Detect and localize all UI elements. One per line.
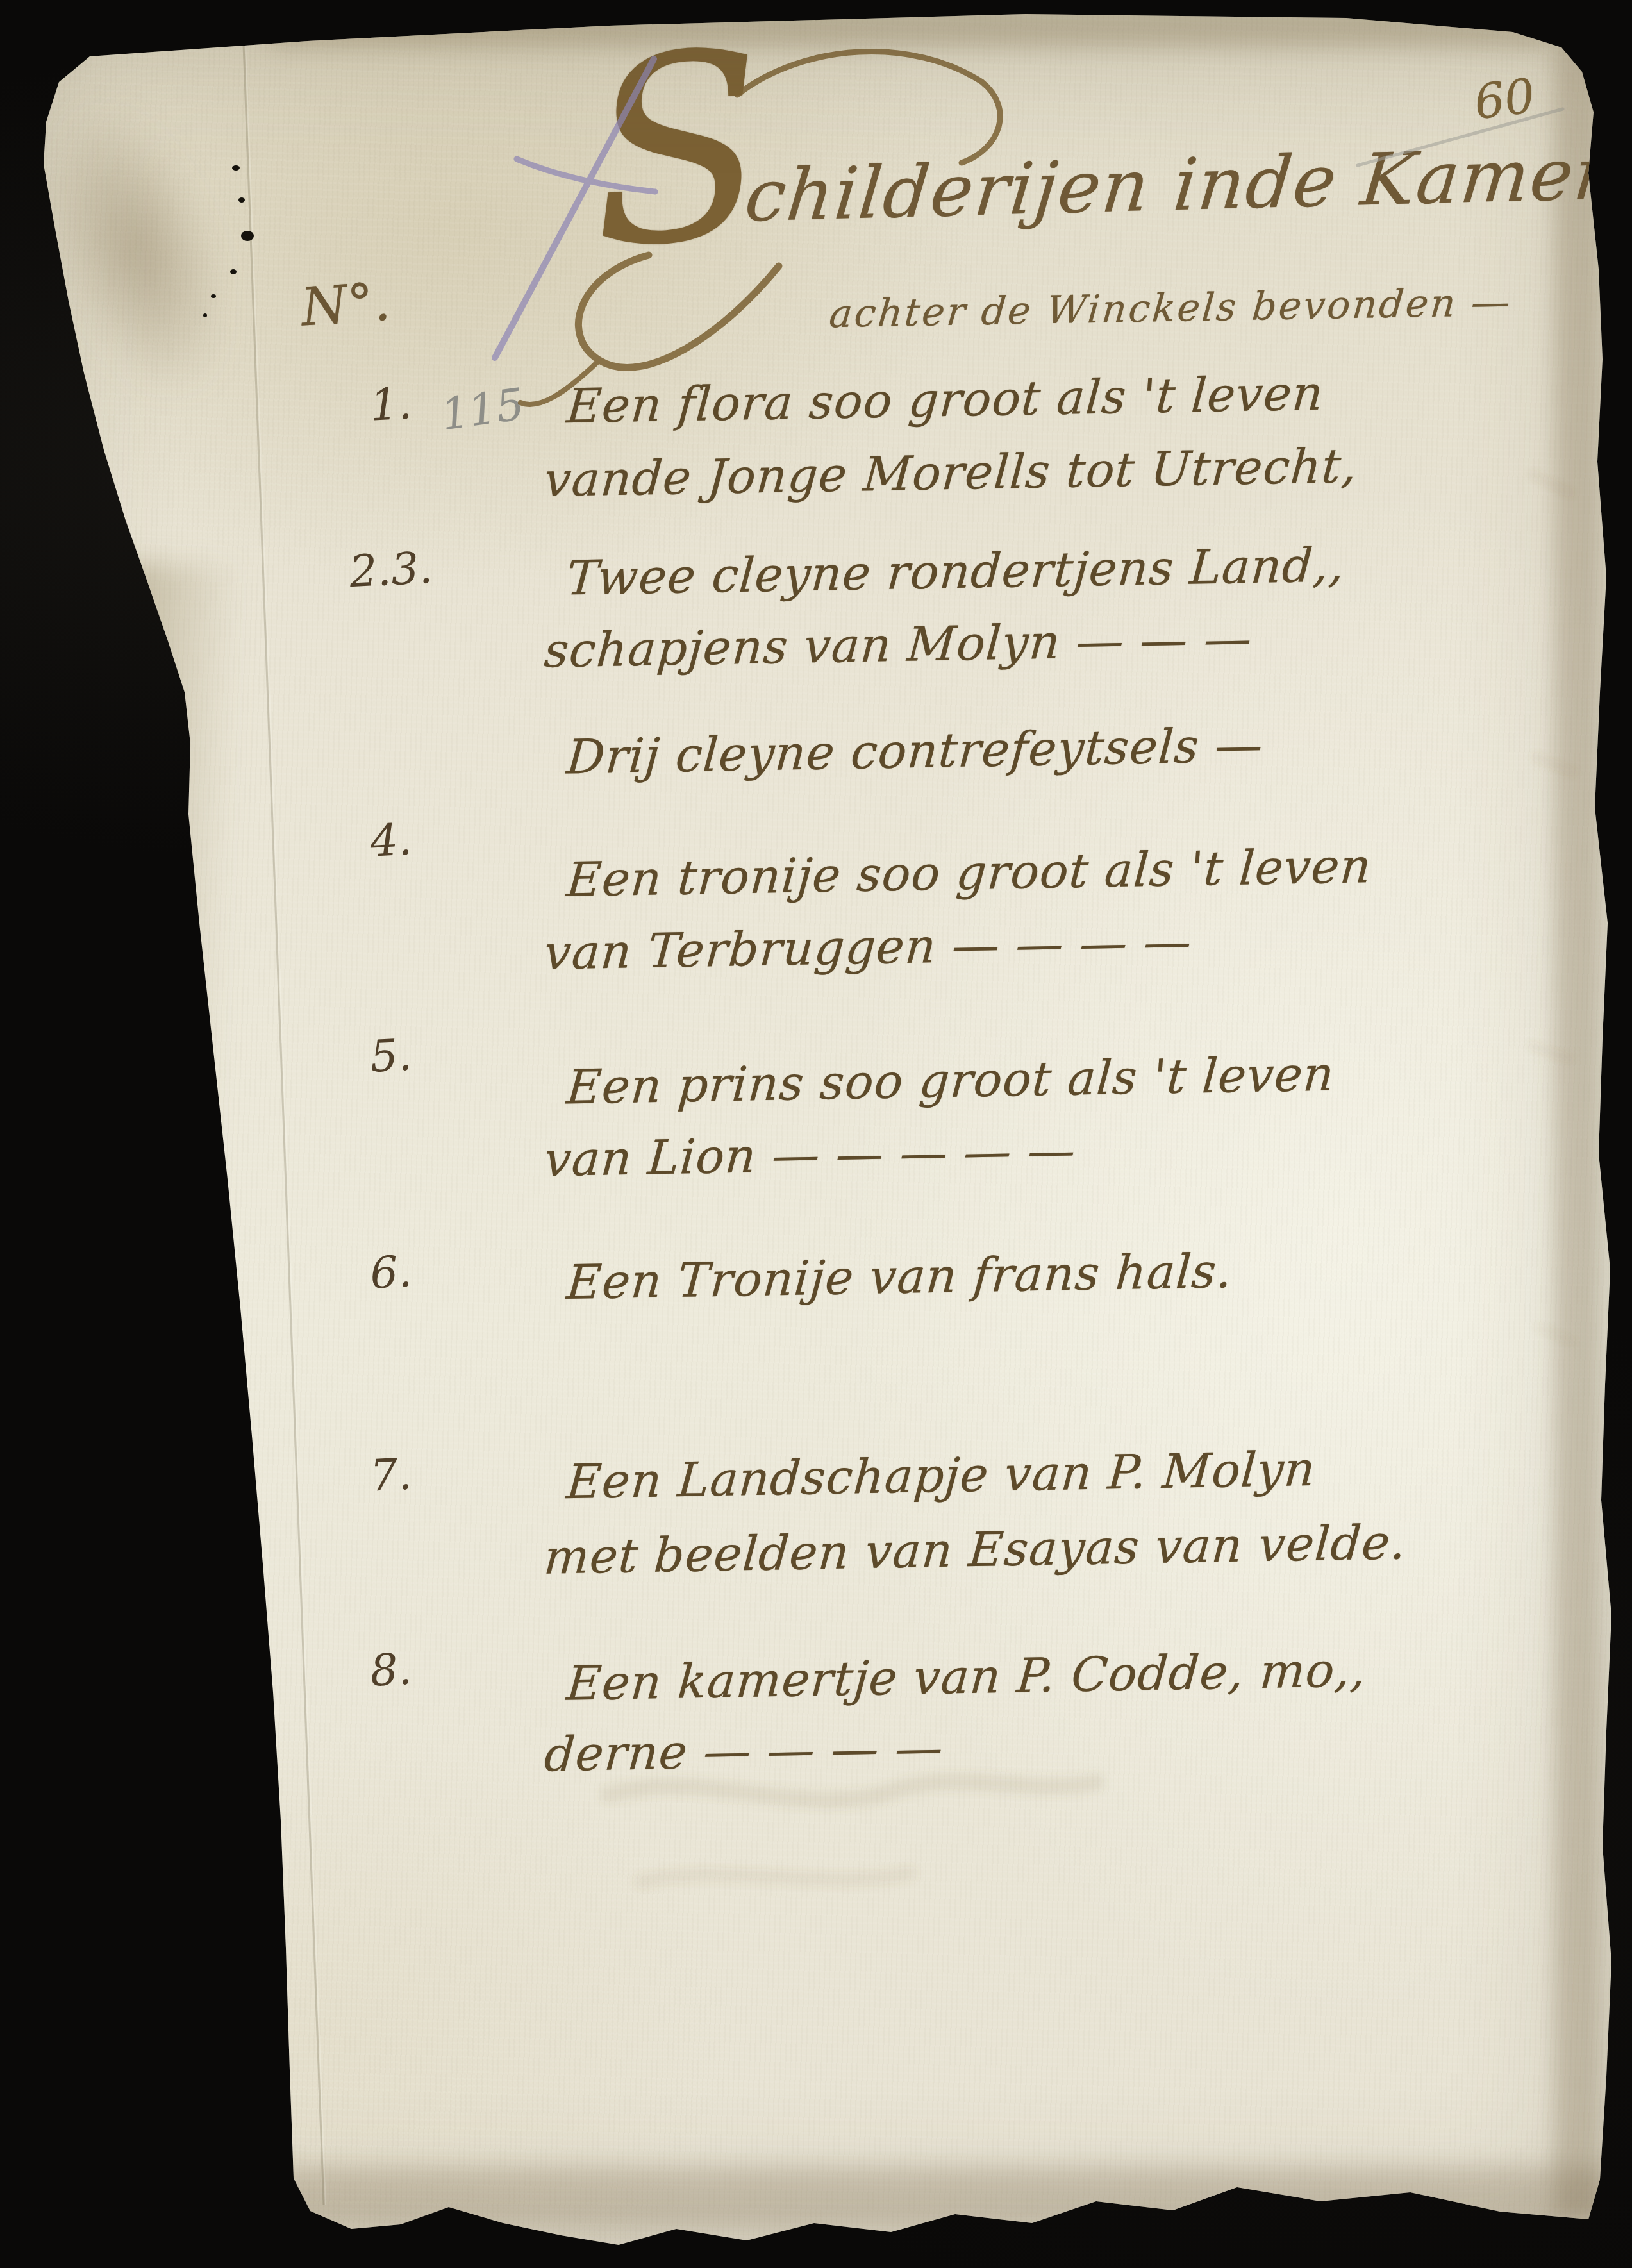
- entry-text-line: Een tronije soo groot als 't leven: [565, 837, 1374, 910]
- entry-text-line: Een Landschapje van P. Molyn: [565, 1440, 1318, 1512]
- entry-text-line: vande Jonge Morells tot Utrecht,: [542, 437, 1360, 510]
- entry-number: 5.: [332, 1028, 450, 1084]
- edge-shading: [276, 2167, 1609, 2228]
- entry-number: 4.: [332, 812, 450, 869]
- entry-text-line: Drij cleyne contrefeytsels —: [565, 716, 1265, 787]
- edge-shading: [1554, 38, 1599, 2218]
- entry-text-line: derne — — — —: [542, 1719, 945, 1785]
- torn-edge-shadow: [0, 21, 307, 479]
- number-column-header: N°.: [299, 271, 392, 338]
- title-initial-letter: S: [581, 17, 774, 285]
- page-subtitle: achter de Winckels bevonden —: [828, 280, 1513, 337]
- water-stain: [67, 562, 272, 2207]
- calligraphic-s-flourish: [520, 52, 1000, 404]
- page-title: childerijen inde Kamer: [742, 132, 1614, 238]
- ink-and-pencil-marks-layer: [0, 0, 1632, 2268]
- bleed-through-mark: [609, 474, 1574, 1881]
- pencil-strike-line: [1358, 109, 1563, 165]
- entry-text-line: Twee cleyne rondertjens Land,,: [565, 535, 1347, 608]
- pencil-item-number: 115: [438, 379, 528, 440]
- entry-text-line: Een kamertje van P. Codde, mo,,: [565, 1640, 1369, 1714]
- entry-number: 1.: [332, 376, 450, 433]
- entry-text-line: van Lion — — — — —: [542, 1121, 1078, 1190]
- entry-text-line: Een Tronije van frans hals.: [565, 1242, 1235, 1313]
- entry-number: 7.: [332, 1447, 450, 1503]
- entry-number: 2.3.: [332, 542, 450, 598]
- entry-text-line: Een prins soo groot als 't leven: [565, 1045, 1336, 1117]
- edge-shading: [269, 9, 1551, 47]
- entry-number: 8.: [332, 1642, 450, 1698]
- entry-text-line: van Terbruggen — — — —: [542, 912, 1194, 983]
- crease-hole: [203, 165, 254, 317]
- entry-text-line: Een flora soo groot als 't leven: [565, 364, 1326, 437]
- entry-text-line: schapjens van Molyn — — —: [542, 609, 1254, 681]
- manuscript-page: 60 S childerijen inde Kamer achter de Wi…: [0, 0, 1632, 2268]
- entry-number: 6.: [332, 1244, 450, 1301]
- scan-background: 60 S childerijen inde Kamer achter de Wi…: [0, 0, 1632, 2268]
- entry-text-line: met beelden van Esayas van velde.: [542, 1513, 1408, 1587]
- violet-pencil-cross: [495, 59, 655, 358]
- folio-number: 60: [1471, 69, 1538, 131]
- fold-crease: [244, 45, 326, 2205]
